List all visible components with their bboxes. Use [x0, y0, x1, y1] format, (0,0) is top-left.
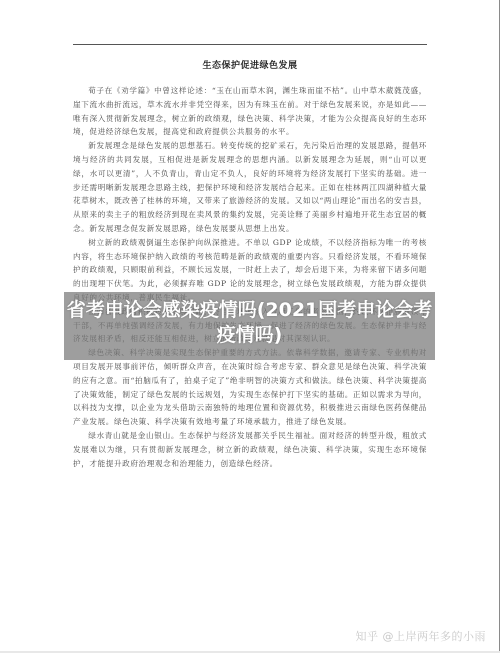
document-body: 荀子在《劝学篇》中曾这样论述：“玉在山而草木润，渊生珠而崖不枯”。山中草木葳蕤茂…	[73, 84, 427, 470]
watermark: 知乎 @上岸两年多的小雨	[356, 628, 487, 644]
paragraph: 绿水青山就是金山银山。生态保护与经济发展都关乎民生福祉。面对经济的转型升级，粗放…	[73, 429, 427, 470]
header-rule	[73, 44, 427, 45]
document-title: 生态保护促进绿色发展	[73, 58, 427, 71]
paragraph: 荀子在《劝学篇》中曾这样论述：“玉在山而草木润，渊生珠而崖不枯”。山中草木葳蕤茂…	[73, 84, 427, 139]
overlay-headline: 省考申论会感染疫情吗(2021国考申论会考疫情吗)	[64, 298, 435, 348]
paragraph: 新发展理念是绿色发展的思想基石。转变传统的挖矿采石，先污染后治理的发展思路，提倡…	[73, 139, 427, 236]
